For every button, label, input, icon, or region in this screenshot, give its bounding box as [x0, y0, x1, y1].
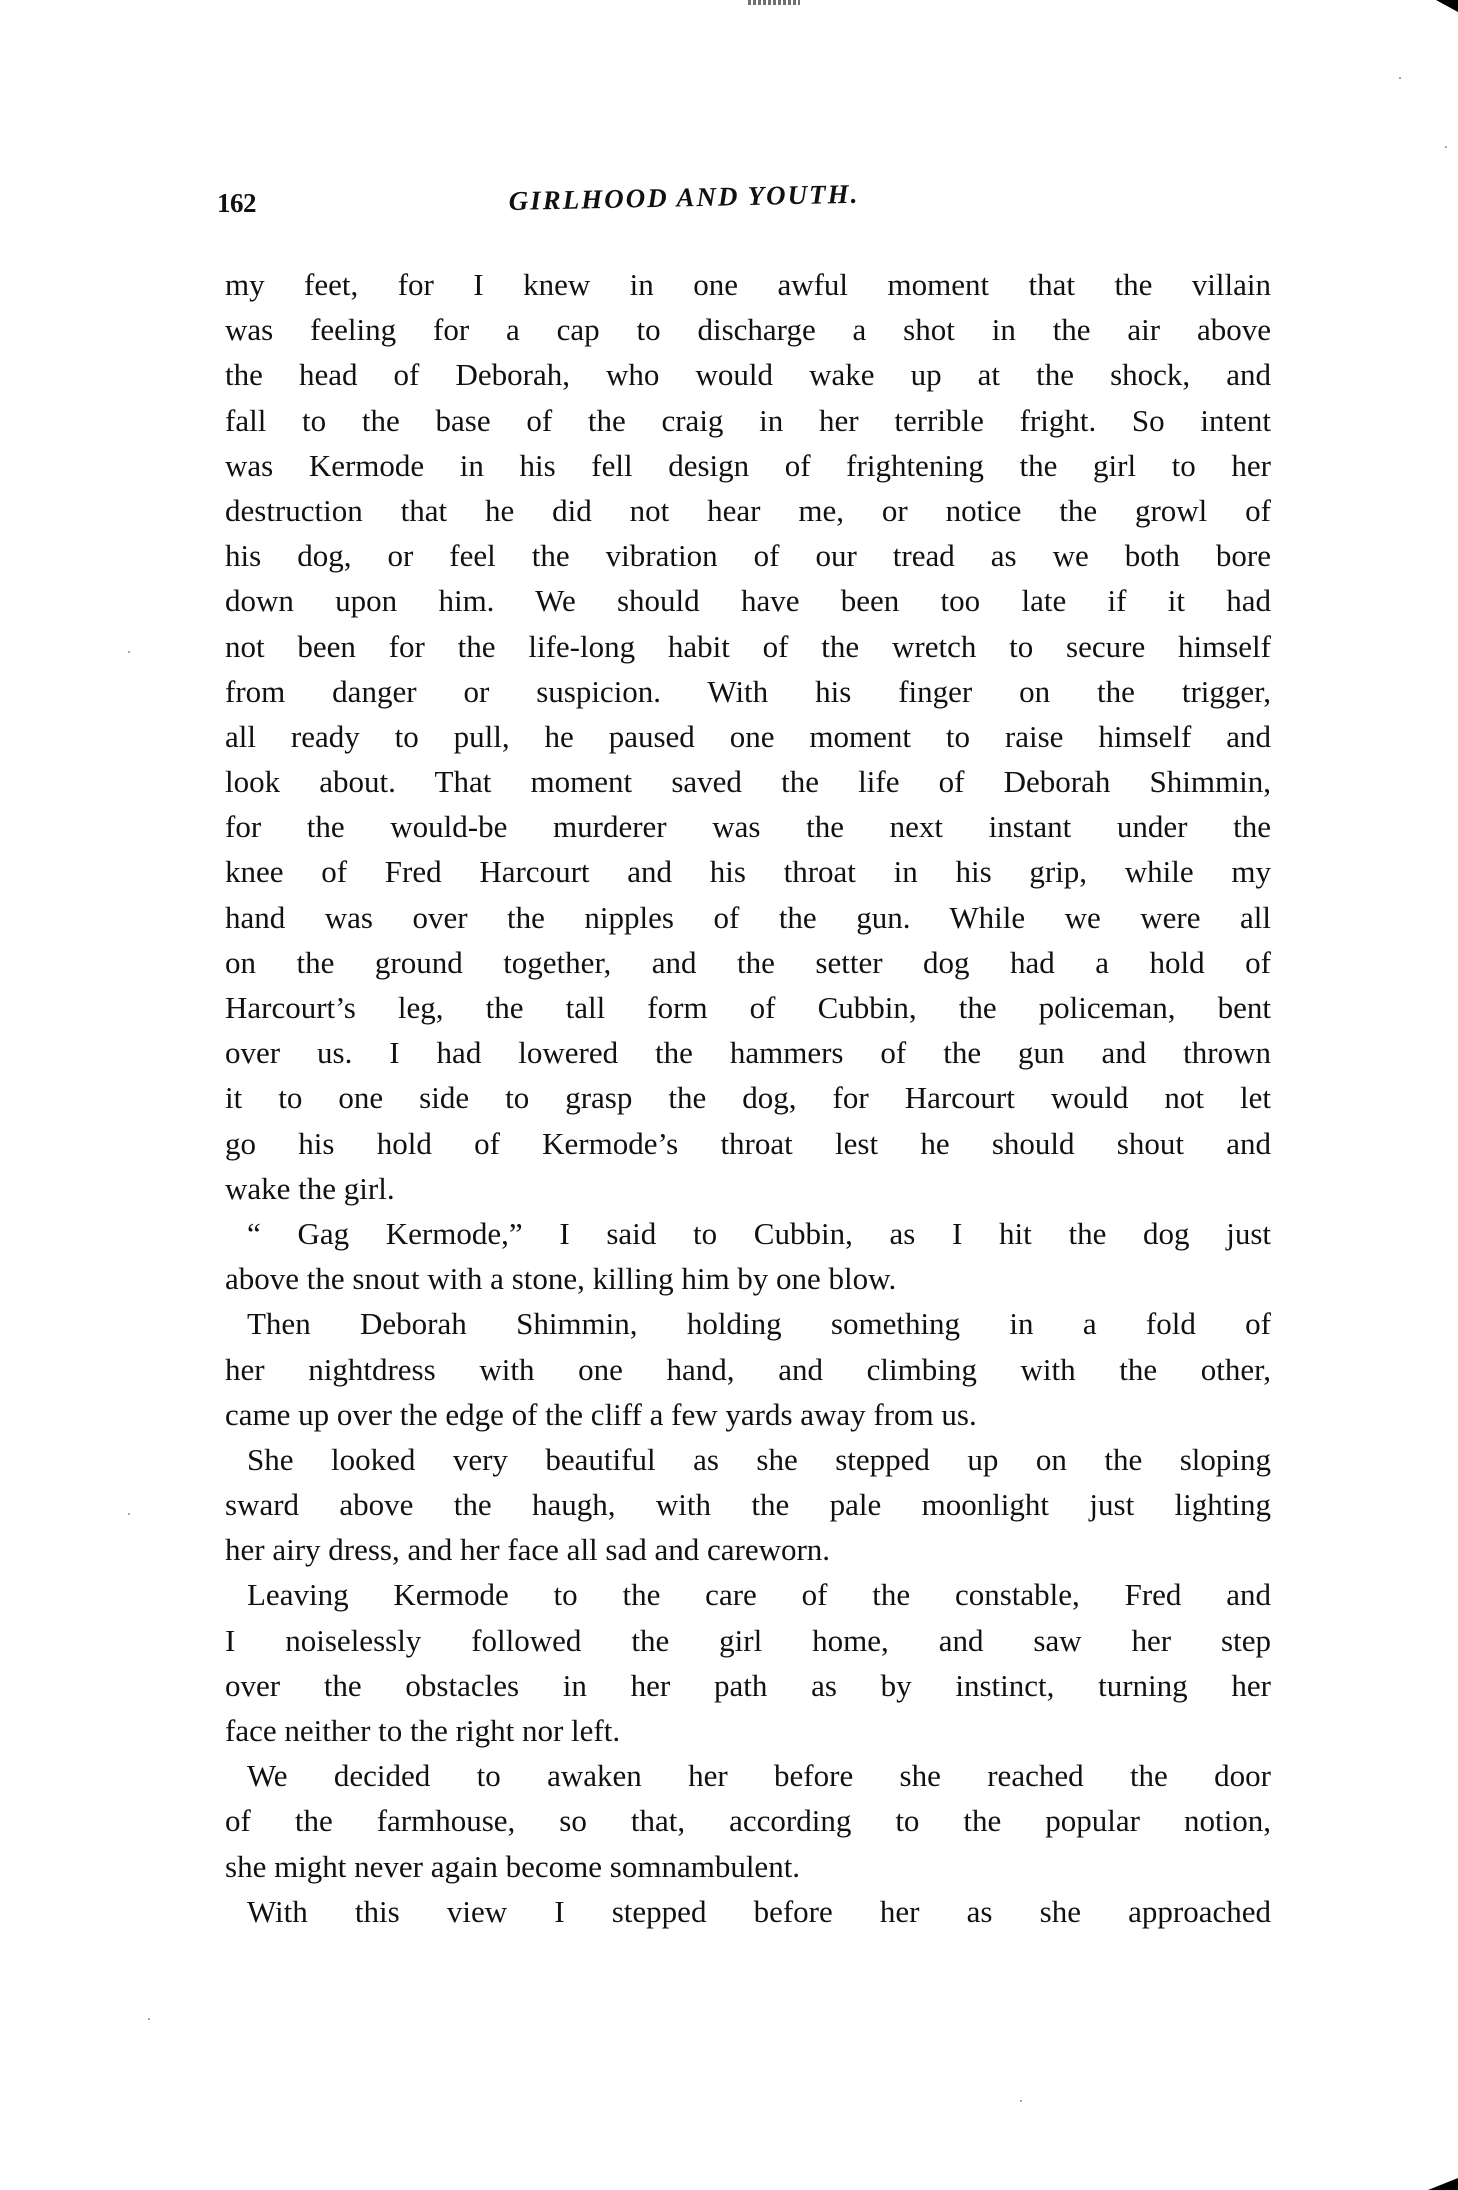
text-line: We decided to awaken her before she reac… — [225, 1753, 1271, 1798]
text-line: wake the girl. — [225, 1166, 1271, 1211]
text-line: hand was over the nipples of the gun. Wh… — [225, 895, 1271, 940]
scan-artifact-top — [748, 0, 800, 5]
text-line: came up over the edge of the cliff a few… — [225, 1392, 1271, 1437]
text-line: She looked very beautiful as she stepped… — [225, 1437, 1271, 1482]
scan-speck — [148, 2018, 150, 2020]
text-line: my feet, for I knew in one awful moment … — [225, 262, 1271, 307]
text-line: it to one side to grasp the dog, for Har… — [225, 1075, 1271, 1120]
text-line: above the snout with a stone, killing hi… — [225, 1256, 1271, 1301]
running-head: 162 GIRLHOOD AND YOUTH. — [217, 186, 1277, 226]
text-line: his dog, or feel the vibration of our tr… — [225, 533, 1271, 578]
text-line: on the ground together, and the setter d… — [225, 940, 1271, 985]
page-corner-mark-bottom-right — [1428, 2178, 1458, 2190]
text-line: fall to the base of the craig in her ter… — [225, 398, 1271, 443]
scan-speck — [128, 651, 130, 653]
scan-speck — [1445, 146, 1447, 148]
text-line: sward above the haugh, with the pale moo… — [225, 1482, 1271, 1527]
text-line: from danger or suspicion. With his finge… — [225, 669, 1271, 714]
text-line: down upon him. We should have been too l… — [225, 578, 1271, 623]
text-line: With this view I stepped before her as s… — [225, 1889, 1271, 1934]
text-line: for the would-be murderer was the next i… — [225, 804, 1271, 849]
page-number: 162 — [217, 188, 256, 219]
text-line: was Kermode in his fell design of fright… — [225, 443, 1271, 488]
text-line: Leaving Kermode to the care of the const… — [225, 1572, 1271, 1617]
text-line: her nightdress with one hand, and climbi… — [225, 1347, 1271, 1392]
text-line: not been for the life-long habit of the … — [225, 624, 1271, 669]
text-line: go his hold of Kermode’s throat lest he … — [225, 1121, 1271, 1166]
text-line: face neither to the right nor left. — [225, 1708, 1271, 1753]
page-corner-mark-top-right — [1436, 0, 1458, 12]
scan-speck — [1020, 2100, 1022, 2102]
text-line: the head of Deborah, who would wake up a… — [225, 352, 1271, 397]
text-line: destruction that he did not hear me, or … — [225, 488, 1271, 533]
text-line: over the obstacles in her path as by ins… — [225, 1663, 1271, 1708]
text-line: was feeling for a cap to discharge a sho… — [225, 307, 1271, 352]
text-line: Harcourt’s leg, the tall form of Cubbin,… — [225, 985, 1271, 1030]
text-line: she might never again become somnambulen… — [225, 1844, 1271, 1889]
text-line: look about. That moment saved the life o… — [225, 759, 1271, 804]
body-text: my feet, for I knew in one awful moment … — [225, 262, 1271, 1934]
text-line: her airy dress, and her face all sad and… — [225, 1527, 1271, 1572]
scan-speck — [1399, 77, 1401, 79]
running-title: GIRLHOOD AND YOUTH. — [508, 179, 859, 217]
scan-speck — [128, 1513, 130, 1515]
text-line: knee of Fred Harcourt and his throat in … — [225, 849, 1271, 894]
text-line: over us. I had lowered the hammers of th… — [225, 1030, 1271, 1075]
text-line: all ready to pull, he paused one moment … — [225, 714, 1271, 759]
text-line: I noiselessly followed the girl home, an… — [225, 1618, 1271, 1663]
text-line: “ Gag Kermode,” I said to Cubbin, as I h… — [225, 1211, 1271, 1256]
text-line: Then Deborah Shimmin, holding something … — [225, 1301, 1271, 1346]
text-line: of the farmhouse, so that, according to … — [225, 1798, 1271, 1843]
